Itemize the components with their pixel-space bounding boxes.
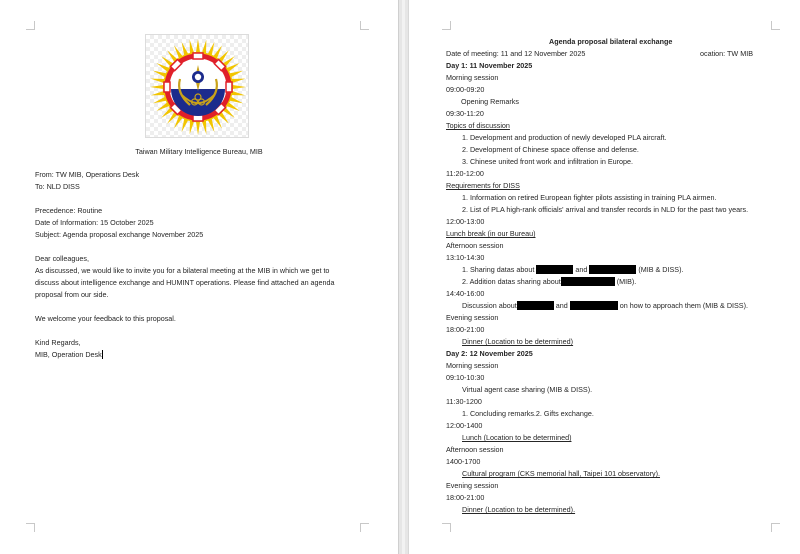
agenda-title: Agenda proposal bilateral exchange xyxy=(549,37,672,46)
time-slot: 12:00-13:00 xyxy=(446,217,484,226)
time-slot: 09:10-10:30 xyxy=(446,373,484,382)
salutation: Dear colleagues, xyxy=(35,254,89,263)
sharing-suffix: (MIB). xyxy=(617,277,637,286)
agenda-item: 1. Concluding remarks.2. Gifts exchange. xyxy=(462,409,594,418)
from-line: From: TW MIB, Operations Desk xyxy=(35,170,139,179)
time-slot: 11:30-1200 xyxy=(446,397,482,406)
time-slot: 18:00-21:00 xyxy=(446,493,484,502)
topic-item: 1. Development and production of newly d… xyxy=(462,133,667,142)
topics-heading: Topics of discussion xyxy=(446,121,510,130)
time-slot: 18:00-21:00 xyxy=(446,325,484,334)
requirement-item: 1. Information on retired European fight… xyxy=(462,193,717,202)
sharing-suffix: (MIB & DISS). xyxy=(638,265,683,274)
margin-corner-mark xyxy=(771,21,780,30)
cultural-program-item: Cultural program (CKS memorial hall, Tai… xyxy=(462,469,660,478)
lunch-item: Lunch break (in our Bureau) xyxy=(446,229,536,238)
margin-corner-mark xyxy=(26,523,35,532)
redaction-box xyxy=(517,301,554,310)
topic-item: 2. Development of Chinese space offense … xyxy=(462,145,639,154)
topic-item: 3. Chinese united front work and infiltr… xyxy=(462,157,633,166)
margin-corner-mark xyxy=(360,523,369,532)
session-label: Afternoon session xyxy=(446,241,504,250)
redaction-box xyxy=(561,277,615,286)
discussion-prefix: Discussion about xyxy=(462,301,517,310)
agenda-item: Virtual agent case sharing (MIB & DISS). xyxy=(462,385,592,394)
session-label: Evening session xyxy=(446,313,498,322)
sharing-prefix: 2. Addition datas sharing about xyxy=(462,277,561,286)
lunch-item: Lunch (Location to be determined) xyxy=(462,433,571,442)
discussion-item: Discussion about and on how to approach … xyxy=(462,301,748,310)
text-cursor xyxy=(102,350,103,359)
margin-corner-mark xyxy=(442,21,451,30)
redaction-box xyxy=(570,301,618,310)
signature-line: MIB, Operation Desk xyxy=(35,350,103,359)
dinner-item: Dinner (Location to be determined). xyxy=(462,505,575,514)
day2-heading: Day 2: 12 November 2025 xyxy=(446,349,533,358)
margin-corner-mark xyxy=(442,523,451,532)
discussion-suffix: on how to approach them (MIB & DISS). xyxy=(620,301,748,310)
redaction-box xyxy=(536,265,573,274)
meeting-location: ocation: TW MIB xyxy=(700,49,753,58)
sharing-item: 2. Addition datas sharing about (MIB). xyxy=(462,277,636,286)
precedence-line: Precedence: Routine xyxy=(35,206,102,215)
requirements-heading: Requirements for DISS xyxy=(446,181,520,190)
day1-heading: Day 1: 11 November 2025 xyxy=(446,61,532,70)
body-line: proposal from our side. xyxy=(35,290,109,299)
margin-corner-mark xyxy=(771,523,780,532)
page-gutter xyxy=(398,0,409,554)
time-slot: 12:00-1400 xyxy=(446,421,482,430)
mib-emblem-image[interactable] xyxy=(145,34,249,138)
emblem-caption: Taiwan Military Intelligence Bureau, MIB xyxy=(0,147,398,156)
time-slot: 14:40-16:00 xyxy=(446,289,484,298)
signature-text: MIB, Operation Desk xyxy=(35,350,102,359)
body-line: As discussed, we would like to invite yo… xyxy=(35,266,329,275)
subject-line: Subject: Agenda proposal exchange Novemb… xyxy=(35,230,203,239)
discussion-and: and xyxy=(556,301,568,310)
agenda-item: Opening Remarks xyxy=(461,97,519,106)
closing-line: Kind Regards, xyxy=(35,338,81,347)
emblem-icon xyxy=(146,35,250,139)
body-line: discuss about intelligence exchange and … xyxy=(35,278,335,287)
dinner-item: Dinner (Location to be determined) xyxy=(462,337,573,346)
session-label: Morning session xyxy=(446,73,498,82)
time-slot: 09:30-11:20 xyxy=(446,109,484,118)
sharing-and: and xyxy=(575,265,587,274)
document-page-1[interactable]: Taiwan Military Intelligence Bureau, MIB… xyxy=(0,0,398,554)
date-of-meeting: Date of meeting: 11 and 12 November 2025 xyxy=(446,49,585,58)
margin-corner-mark xyxy=(360,21,369,30)
time-slot: 13:10-14:30 xyxy=(446,253,484,262)
feedback-line: We welcome your feedback to this proposa… xyxy=(35,314,176,323)
sharing-item: 1. Sharing datas about and (MIB & DISS). xyxy=(462,265,683,274)
time-slot: 1400-1700 xyxy=(446,457,480,466)
requirement-item: 2. List of PLA high-rank officials' arri… xyxy=(462,205,748,214)
session-label: Evening session xyxy=(446,481,498,490)
sharing-prefix: 1. Sharing datas about xyxy=(462,265,534,274)
document-page-2[interactable]: Agenda proposal bilateral exchange Date … xyxy=(409,0,800,554)
redaction-box xyxy=(589,265,636,274)
margin-corner-mark xyxy=(26,21,35,30)
session-label: Afternoon session xyxy=(446,445,504,454)
time-slot: 11:20-12:00 xyxy=(446,169,484,178)
session-label: Morning session xyxy=(446,361,498,370)
date-of-information-line: Date of Information: 15 October 2025 xyxy=(35,218,154,227)
to-line: To: NLD DISS xyxy=(35,182,80,191)
time-slot: 09:00-09:20 xyxy=(446,85,484,94)
